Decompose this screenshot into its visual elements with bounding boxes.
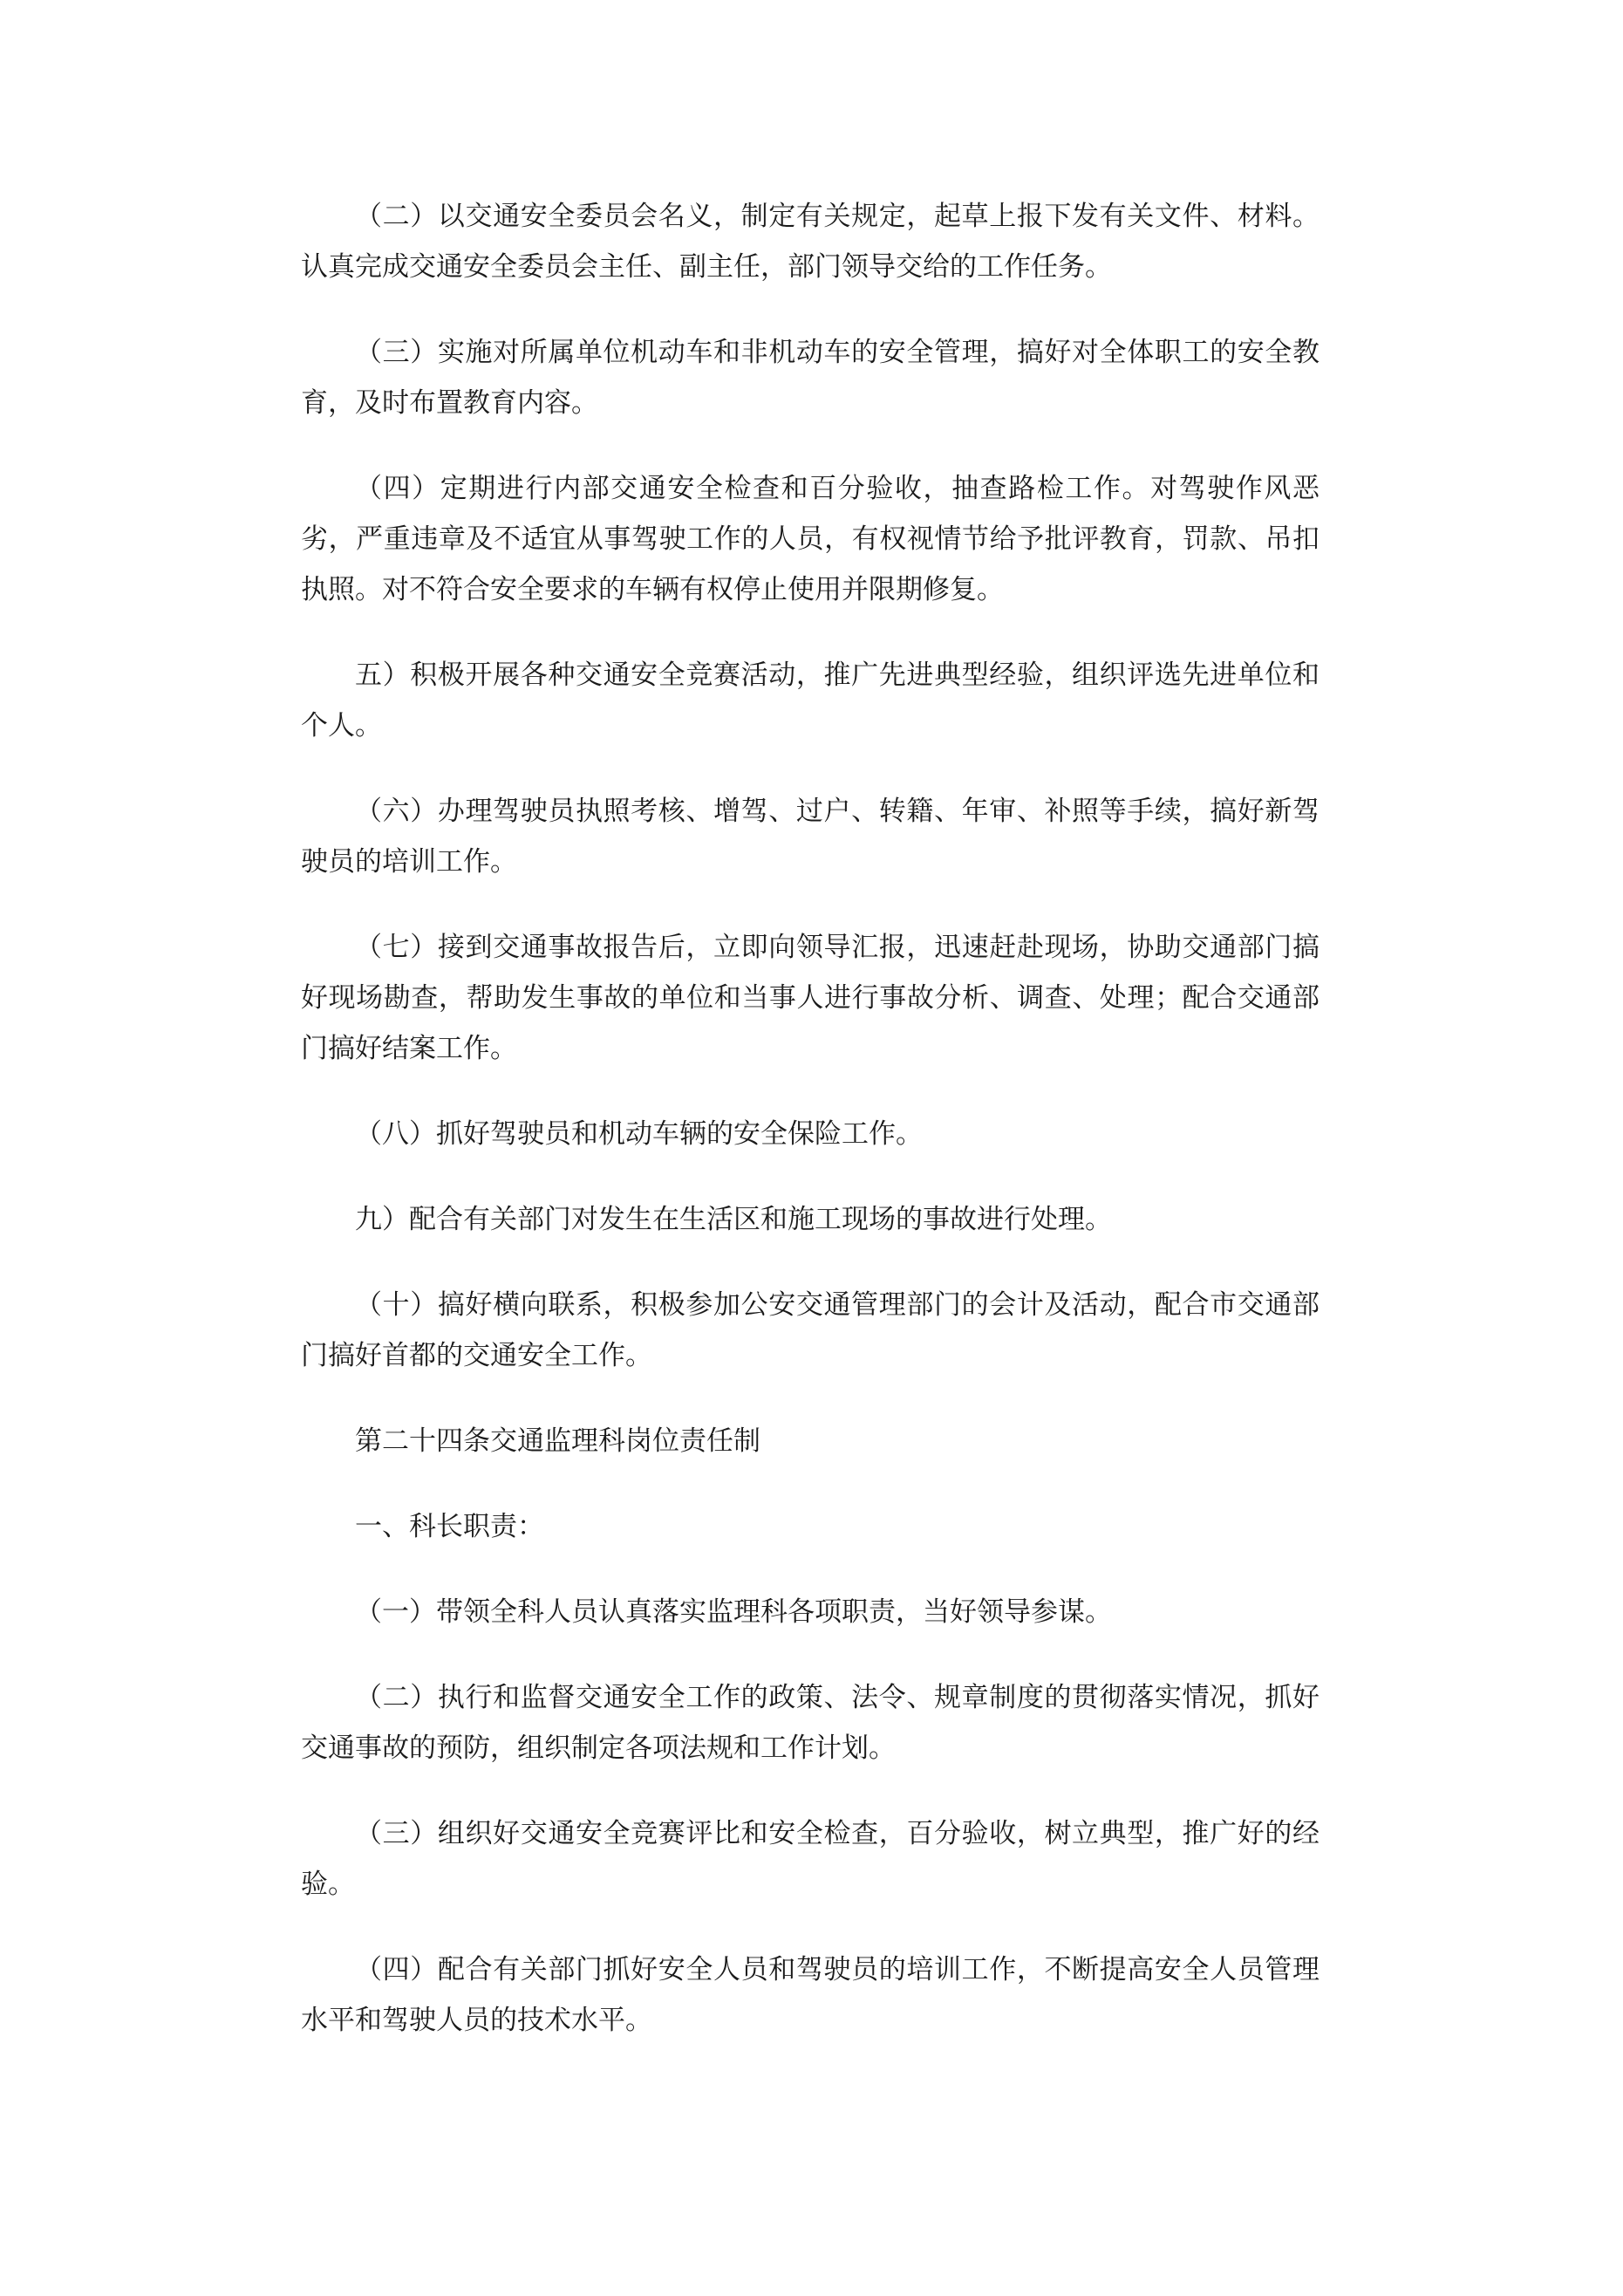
paragraph-item-10: （十）搞好横向联系，积极参加公安交通管理部门的会计及活动，配合市交通部门搞好首都…	[301, 1280, 1320, 1381]
paragraph-duty-3: （三）组织好交通安全竞赛评比和安全检查，百分验收，树立典型，推广好的经验。	[301, 1808, 1320, 1910]
paragraph-item-8: （八）抓好驾驶员和机动车辆的安全保险工作。	[301, 1109, 1320, 1159]
paragraph-duty-2: （二）执行和监督交通安全工作的政策、法令、规章制度的贯彻落实情况，抓好交通事故的…	[301, 1672, 1320, 1773]
paragraph-duty-1: （一）带领全科人员认真落实监理科各项职责，当好领导参谋。	[301, 1587, 1320, 1637]
document-page: （二）以交通安全委员会名义，制定有关规定，起草上报下发有关文件、材料。认真完成交…	[0, 0, 1623, 2296]
paragraph-duty-4: （四）配合有关部门抓好安全人员和驾驶员的培训工作，不断提高安全人员管理水平和驾驶…	[301, 1944, 1320, 2046]
paragraph-item-3: （三）实施对所属单位机动车和非机动车的安全管理，搞好对全体职工的安全教育，及时布…	[301, 327, 1320, 428]
paragraph-item-6: （六）办理驾驶员执照考核、增驾、过户、转籍、年审、补照等手续，搞好新驾驶员的培训…	[301, 786, 1320, 887]
paragraph-item-9: 九）配合有关部门对发生在生活区和施工现场的事故进行处理。	[301, 1194, 1320, 1245]
paragraph-item-4: （四）定期进行内部交通安全检查和百分验收，抽查路检工作。对驾驶作风恶劣，严重违章…	[301, 463, 1320, 615]
paragraph-heading-article-24: 第二十四条交通监理科岗位责任制	[301, 1416, 1320, 1466]
document-body: （二）以交通安全委员会名义，制定有关规定，起草上报下发有关文件、材料。认真完成交…	[301, 191, 1320, 2046]
paragraph-item-5: 五）积极开展各种交通安全竞赛活动，推广先进典型经验，组织评选先进单位和个人。	[301, 650, 1320, 751]
paragraph-item-2: （二）以交通安全委员会名义，制定有关规定，起草上报下发有关文件、材料。认真完成交…	[301, 191, 1320, 292]
paragraph-item-7: （七）接到交通事故报告后，立即向领导汇报，迅速赶赴现场，协助交通部门搞好现场勘查…	[301, 922, 1320, 1074]
paragraph-heading-section-chief-duties: 一、科长职责：	[301, 1501, 1320, 1552]
